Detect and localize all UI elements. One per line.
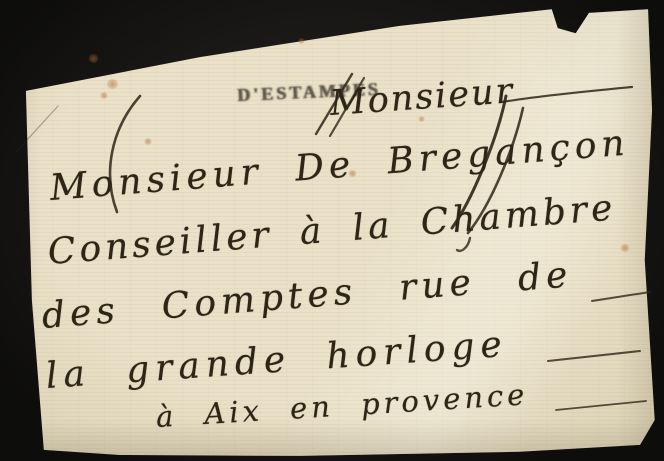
foxing-spot bbox=[348, 170, 357, 177]
foxing-spot bbox=[106, 79, 119, 89]
foxing-spot bbox=[298, 38, 305, 44]
foxing-spot bbox=[144, 138, 152, 145]
foxing-spot bbox=[88, 54, 99, 63]
foxing-spot bbox=[100, 92, 108, 99]
foxing-spot bbox=[418, 116, 425, 122]
letter-photograph: D'ESTAMPES Monsieur Monsieur De Breganço… bbox=[0, 0, 664, 461]
foxing-spot bbox=[620, 244, 630, 252]
